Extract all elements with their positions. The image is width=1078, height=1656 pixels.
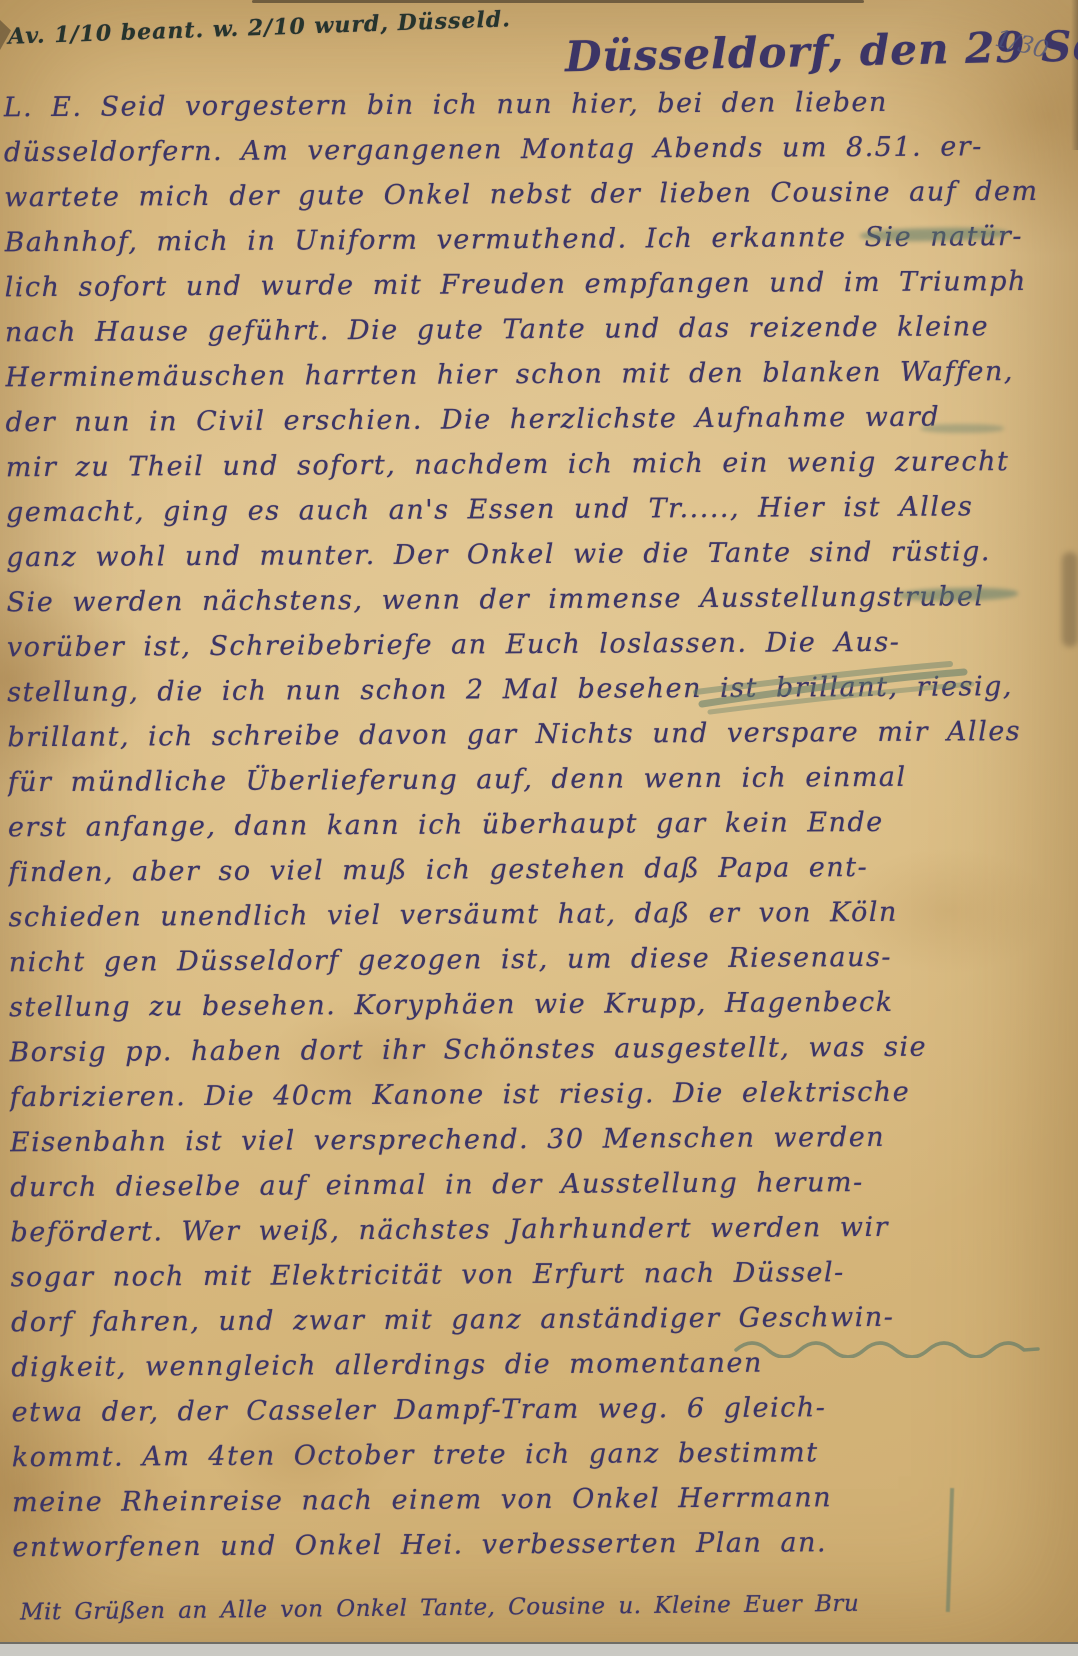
letter-line: kommt. Am 4ten October trete ich ganz be… <box>12 1429 1074 1480</box>
letter-line: etwa der, der Casseler Dampf-Tram weg. 6… <box>11 1384 1073 1435</box>
archival-note: Av. 1/10 beant. w. 2/10 wurd, Düsseld. <box>8 4 569 50</box>
letter-line: Herminemäuschen harrten hier schon mit d… <box>5 349 1067 400</box>
letter-line: ganz wohl und munter. Der Onkel wie die … <box>6 529 1068 580</box>
letter-line: wartete mich der gute Onkel nebst der li… <box>4 169 1066 220</box>
letter-line: Eisenbahn ist viel versprechend. 30 Mens… <box>10 1114 1072 1165</box>
letter-line: Borsig pp. haben dort ihr Schönstes ausg… <box>9 1024 1071 1075</box>
letter-line: nicht gen Düsseldorf gezogen ist, um die… <box>9 934 1071 985</box>
closing-line: Mit Grüßen an Alle von Onkel Tante, Cous… <box>20 1588 1078 1625</box>
letter-line: sogar noch mit Elektricität von Erfurt n… <box>11 1249 1073 1300</box>
pencil-diagonal-strokes-mark <box>688 652 978 716</box>
letter-line: für mündliche Überlieferung auf, denn we… <box>8 754 1070 805</box>
letter-line: erst anfange, dann kann ich überhaupt ga… <box>8 799 1070 850</box>
letter-line: nach Hause geführt. Die gute Tante und d… <box>5 304 1067 355</box>
letter-page: Av. 1/10 beant. w. 2/10 wurd, Düsseld. D… <box>0 0 1078 1656</box>
letter-line: gemacht, ging es auch an's Essen und Tr.… <box>6 484 1068 535</box>
letter-line: der nun in Civil erschien. Die herzlichs… <box>5 394 1067 445</box>
letter-line: finden, aber so viel muß ich gestehen da… <box>8 844 1070 895</box>
pencil-wavy-underline-mark <box>732 1336 1042 1358</box>
letter-line: brillant, ich schreibe davon gar Nichts … <box>7 709 1069 760</box>
paper-top-edge <box>252 0 864 3</box>
letter-line: mir zu Theil und sofort, nachdem ich mic… <box>6 439 1068 490</box>
letter-line: stellung zu besehen. Koryphäen wie Krupp… <box>9 979 1071 1030</box>
letter-line: schieden unendlich viel versäumt hat, da… <box>8 889 1070 940</box>
letter-line: lich sofort und wurde mit Freuden empfan… <box>5 259 1067 310</box>
letter-line: befördert. Wer weiß, nächstes Jahrhunder… <box>10 1204 1072 1255</box>
letter-line: L. E. Seid vorgestern bin ich nun hier, … <box>3 79 1065 130</box>
letter-line: düsseldorfern. Am vergangenen Montag Abe… <box>4 124 1066 175</box>
letter-line: meine Rheinreise nach einem von Onkel He… <box>12 1474 1074 1525</box>
letter-line: fabrizieren. Die 40cm Kanone ist riesig.… <box>10 1069 1072 1120</box>
letter-line: durch dieselbe auf einmal in der Ausstel… <box>10 1159 1072 1210</box>
pencil-smudge-mark <box>920 424 1004 433</box>
scan-edge-strip <box>0 1642 1078 1656</box>
letter-line: entworfenen und Onkel Hei. verbesserten … <box>12 1519 1074 1570</box>
